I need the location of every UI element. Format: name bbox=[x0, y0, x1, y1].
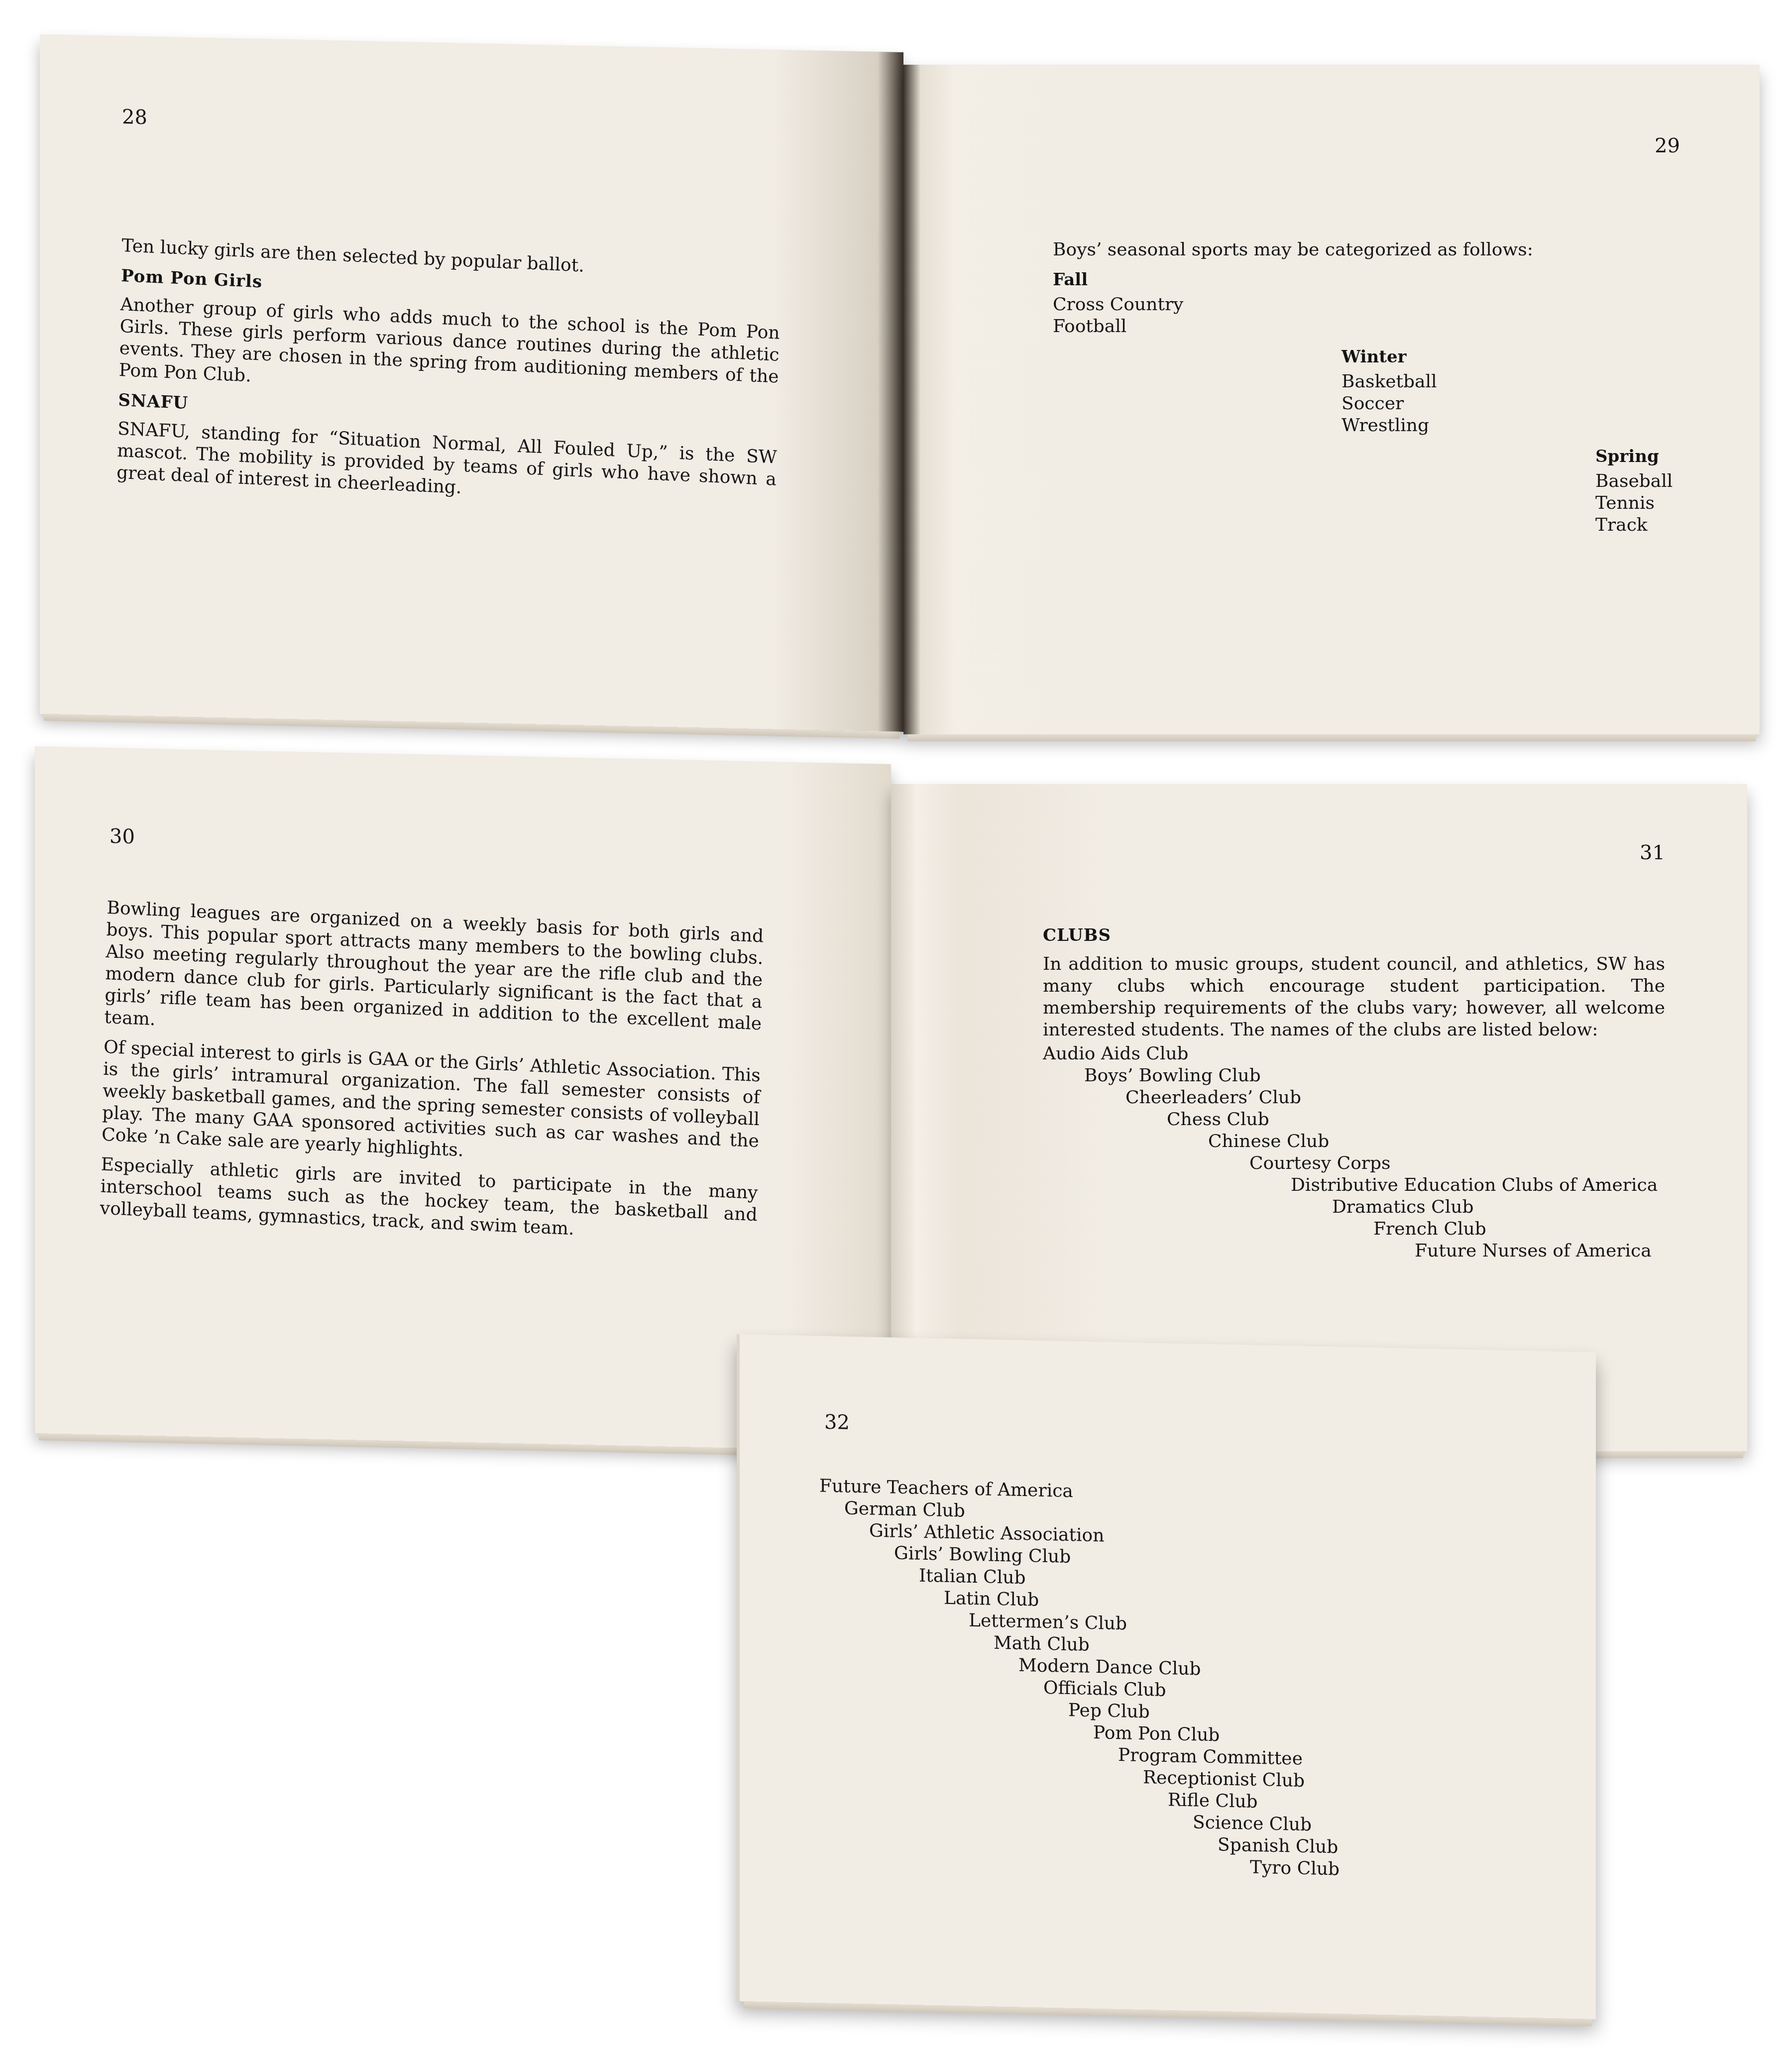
club-item: Dramatics Club bbox=[1332, 1196, 1658, 1218]
page-29-intro: Boys’ seasonal sports may be categorized… bbox=[1053, 239, 1600, 261]
clubs-list-page-32: Future Teachers of America German Club G… bbox=[819, 1475, 1340, 1880]
sport-item: Tennis bbox=[1595, 492, 1673, 514]
sport-item: Baseball bbox=[1595, 470, 1673, 492]
sport-item: Football bbox=[1053, 316, 1183, 338]
clubs-heading: CLUBS bbox=[1043, 925, 1111, 945]
page-30-text: Bowling leagues are organized on a weekl… bbox=[100, 897, 764, 1256]
club-item: Courtesy Corps bbox=[1249, 1152, 1658, 1174]
page-28-text: Ten lucky girls are then selected by pop… bbox=[116, 235, 781, 520]
sport-item: Track bbox=[1595, 514, 1673, 536]
clubs-intro: In addition to music groups, student cou… bbox=[1043, 953, 1665, 1041]
club-item: Chess Club bbox=[1167, 1109, 1658, 1131]
club-item: Cheerleaders’ Club bbox=[1125, 1087, 1658, 1109]
page-number: 28 bbox=[122, 106, 147, 129]
page-number: 32 bbox=[824, 1411, 850, 1434]
club-item: Chinese Club bbox=[1208, 1131, 1658, 1152]
club-item: Science Club bbox=[1193, 1812, 1340, 1836]
club-item: Distributive Education Clubs of America bbox=[1291, 1174, 1658, 1196]
sport-item: Soccer bbox=[1342, 393, 1437, 415]
page-28: 28 Ten lucky girls are then selected by … bbox=[40, 34, 903, 732]
season-fall: Fall Cross Country Football bbox=[1053, 269, 1183, 338]
sport-item: Cross Country bbox=[1053, 294, 1183, 316]
sport-item: Wrestling bbox=[1342, 415, 1437, 437]
club-item: Future Nurses of America bbox=[1415, 1240, 1658, 1262]
sport-item: Basketball bbox=[1342, 371, 1437, 393]
season-title: Winter bbox=[1342, 346, 1437, 368]
page-29: 29 Boys’ seasonal sports may be categori… bbox=[903, 65, 1760, 734]
club-item: Spanish Club bbox=[1218, 1834, 1340, 1858]
club-item: French Club bbox=[1373, 1218, 1658, 1240]
clubs-list-page-31: Audio Aids Club Boys’ Bowling Club Cheer… bbox=[1043, 1043, 1658, 1262]
season-title: Spring bbox=[1595, 446, 1673, 467]
club-item: Tyro Club bbox=[1250, 1857, 1340, 1881]
club-item: Boys’ Bowling Club bbox=[1084, 1065, 1658, 1087]
club-item: Rifle Club bbox=[1168, 1789, 1340, 1815]
page-32: 32 Future Teachers of America German Clu… bbox=[737, 1334, 1596, 2019]
paragraph: Bowling leagues are organized on a weekl… bbox=[104, 897, 764, 1057]
page-number: 31 bbox=[1640, 841, 1665, 864]
paragraph: Of special interest to girls is GAA or t… bbox=[102, 1036, 761, 1174]
season-spring: Spring Baseball Tennis Track bbox=[1595, 446, 1673, 536]
page-number: 29 bbox=[1655, 134, 1680, 157]
page-number: 30 bbox=[110, 825, 135, 848]
season-title: Fall bbox=[1053, 269, 1183, 291]
club-item: Audio Aids Club bbox=[1043, 1043, 1658, 1065]
season-winter: Winter Basketball Soccer Wrestling bbox=[1342, 346, 1437, 437]
